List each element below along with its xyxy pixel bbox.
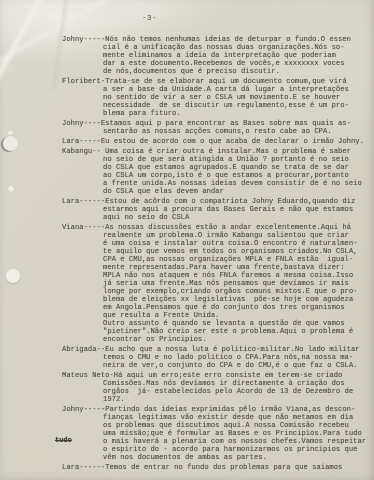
speaker-name: Floribert- (62, 78, 105, 86)
speech-text: Estamos aqui p para encontrar as Bases s… (101, 120, 351, 136)
dialogue-paragraph: Johny----Estamos aqui p para encontrar a… (62, 120, 370, 136)
speech-text: Eu estou de acordo com o que acaba de de… (101, 138, 364, 146)
page-number: -3- (142, 15, 157, 23)
speaker-name: Mateus Neto- (62, 372, 114, 380)
speech-text: Estou de acôrdo com o compatriota Johny … (103, 198, 355, 222)
speaker-name: Kabangu-- (62, 148, 105, 156)
speech-text: Uma coisa é criar outra é instalar.Mas o… (103, 148, 362, 196)
speech-text: Trata-se de se elaborar aqui um document… (103, 78, 349, 118)
struck-margin-note: tudo (55, 437, 72, 445)
dialogue-paragraph: Viana-----As nossas discussões estão a a… (62, 224, 370, 344)
dialogue-paragraph: Johny-----Partindo das ideias exprimidas… (62, 406, 370, 462)
speech-text: Partindo das ideias exprimidas pêlo irmã… (103, 406, 366, 462)
speech-text: Há aqui um erro;este erro consiste em te… (103, 372, 353, 404)
dialogue-paragraph: Lara------Temos de entrar no fundo dos p… (62, 464, 370, 472)
dialogue-paragraph: Mateus Neto-Há aqui um erro;este erro co… (62, 372, 370, 404)
dialogue-paragraph: Kabangu-- Uma coisa é criar outra é inst… (62, 148, 370, 196)
dialogue-paragraph: Floribert-Trata-se de se elaborar aqui u… (62, 78, 370, 118)
transcript-body: Johny-----Nós não temos nenhumas ideias … (62, 36, 370, 474)
speaker-name: Viana----- (62, 224, 105, 232)
speaker-name: Abrigada-- (62, 346, 105, 354)
speaker-name: Lara------ (62, 198, 105, 206)
speech-text: Nós não temos nenhumas ideias de deturpa… (103, 36, 351, 76)
speaker-name: Lara------ (62, 464, 105, 472)
dialogue-paragraph: Abrigada--Eu acho que a nossa luta é pol… (62, 346, 370, 370)
speaker-name: Johny----- (62, 406, 105, 414)
punch-hole (6, 269, 20, 283)
speech-text: Temos de entrar no fundo dos problemas p… (105, 464, 342, 472)
speech-text: As nossas discussões estão a andar excel… (103, 224, 357, 344)
dialogue-paragraph: Lara-----Eu estou de acordo com o que ac… (62, 138, 370, 146)
speaker-name: Lara----- (62, 138, 101, 146)
paper-speck (8, 131, 13, 135)
punch-hole (3, 136, 18, 151)
speech-text: Eu acho que a nossa luta é politico-mili… (103, 346, 360, 370)
dialogue-paragraph: Johny-----Nós não temos nenhumas ideias … (62, 36, 370, 76)
speaker-name: Johny---- (62, 120, 101, 128)
paper-speck (8, 186, 14, 192)
document-page: -3- Johny-----Nós não temos nenhumas ide… (0, 0, 374, 480)
speaker-name: Johny----- (62, 36, 105, 44)
dialogue-paragraph: Lara------Estou de acôrdo com o compatri… (62, 198, 370, 222)
